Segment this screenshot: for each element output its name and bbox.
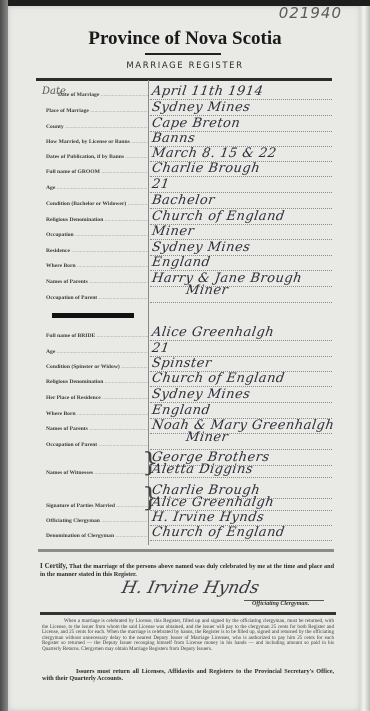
instructions-text: When a marriage is celebrated by License… — [42, 619, 334, 653]
page-edge — [360, 6, 370, 711]
form-bottom-divider — [38, 549, 334, 552]
dotted-line — [150, 286, 332, 287]
field-label: Names of Parents — [46, 279, 148, 285]
field-label: Age — [46, 185, 148, 191]
field-row-groom-parents: Names of Parents Harry & Jane Brough — [36, 279, 332, 293]
field-value: Cape Breton — [151, 116, 241, 131]
field-label: Age — [46, 349, 148, 355]
field-value: Sydney Mines — [151, 100, 251, 115]
field-value: Church of England — [151, 525, 286, 540]
field-label: Religious Denomination — [46, 379, 148, 385]
field-label: Occupation of Parent — [46, 295, 148, 301]
field-label: Names of Witnesses — [46, 470, 148, 476]
field-value: March 8. 15 & 22 — [151, 146, 278, 161]
field-value: Spinster — [151, 356, 213, 371]
field-label: Her Place of Residence — [46, 395, 148, 401]
clergyman-signature: H. Irvine Hynds — [120, 578, 261, 598]
field-value: Church of England — [151, 371, 286, 386]
dotted-line — [150, 540, 332, 541]
field-label: Full name of GROOM — [46, 169, 148, 175]
field-value: 21 — [151, 341, 171, 356]
field-label: Date of Marriage — [58, 92, 148, 98]
field-value: Aletta Diggins — [151, 462, 254, 477]
field-row-witnesses: Names of Witnesses Aletta Diggins — [36, 470, 332, 484]
field-value: Alice Greenhalgh — [151, 325, 275, 340]
page-title: Province of Nova Scotia — [0, 28, 370, 50]
field-value: Noah & Mary Greenhalgh — [151, 418, 335, 433]
field-row-clergy-denomination: Denomination of Clergyman Church of Engl… — [36, 533, 332, 547]
bride-section-divider — [52, 313, 134, 318]
field-row-bride-name: Full name of BRIDE Alice Greenhalgh — [36, 333, 332, 347]
field-value: April 11th 1914 — [151, 84, 264, 99]
certification-body: That the marriage of the persons above n… — [40, 563, 334, 578]
field-label: Occupation — [46, 232, 148, 238]
field-value: Sydney Mines — [151, 240, 251, 255]
field-label: Dates of Publication, if by Banns — [46, 154, 148, 160]
field-label: Signature of Parties Married — [46, 503, 148, 509]
field-label: Religious Denomination — [46, 217, 148, 223]
field-value: Miner — [151, 224, 195, 239]
field-value: England — [151, 255, 211, 270]
page-subtitle: MARRIAGE REGISTER — [0, 61, 370, 71]
field-row-groom-name: Full name of GROOM Charlie Brough — [36, 169, 332, 183]
field-label: Denomination of Clergyman — [46, 533, 148, 539]
issuers-notice: Issuers must return all Licenses, Affida… — [42, 668, 334, 682]
field-value: Bachelor — [151, 193, 216, 208]
title-divider — [145, 53, 221, 55]
field-value: Church of England — [151, 209, 286, 224]
field-value: Sydney Mines — [151, 387, 251, 402]
dotted-line — [150, 477, 332, 478]
field-label: Condition (Bachelor or Widower) — [46, 201, 148, 207]
field-label: Where Born — [46, 411, 148, 417]
field-row-bride-parents: Names of Parents Noah & Mary Greenhalgh — [36, 426, 332, 440]
field-value: Miner — [185, 283, 229, 298]
field-label: How Married, by License or Banns — [46, 139, 148, 145]
dotted-line — [150, 176, 332, 177]
field-label: Condition (Spinster or Widow) — [46, 364, 148, 370]
register-number: 021940 — [279, 4, 342, 22]
field-label: County — [46, 124, 148, 130]
header-divider — [36, 78, 332, 81]
dotted-line — [150, 302, 332, 303]
field-label: Officiating Clergyman — [46, 518, 148, 524]
field-label: Residence — [46, 248, 148, 254]
notes-divider — [40, 612, 336, 615]
field-label: Where Born — [46, 263, 148, 269]
field-label: Names of Parents — [46, 426, 148, 432]
field-value: England — [151, 403, 211, 418]
field-label: Occupation of Parent — [46, 442, 148, 448]
signature-caption: Officiating Clergyman. — [252, 601, 309, 607]
field-value: Charlie Brough — [151, 161, 261, 176]
certification-text: I Certify, That the marriage of the pers… — [40, 562, 334, 579]
dotted-line — [150, 433, 332, 434]
field-value: H. Irvine Hynds — [151, 510, 265, 525]
dotted-line — [150, 340, 332, 341]
scan-left-border — [0, 0, 8, 711]
field-label: Place of Marriage — [46, 108, 148, 114]
field-value: Alice Greenhalgh — [151, 495, 275, 510]
field-value: 21 — [151, 177, 171, 192]
certification-lead: I Certify, — [40, 562, 67, 570]
field-value: Banns — [151, 131, 196, 146]
field-row-groom-parent-occupation: Occupation of Parent Miner — [36, 295, 332, 309]
field-value: Miner — [185, 430, 229, 445]
field-label: Full name of BRIDE — [46, 333, 148, 339]
